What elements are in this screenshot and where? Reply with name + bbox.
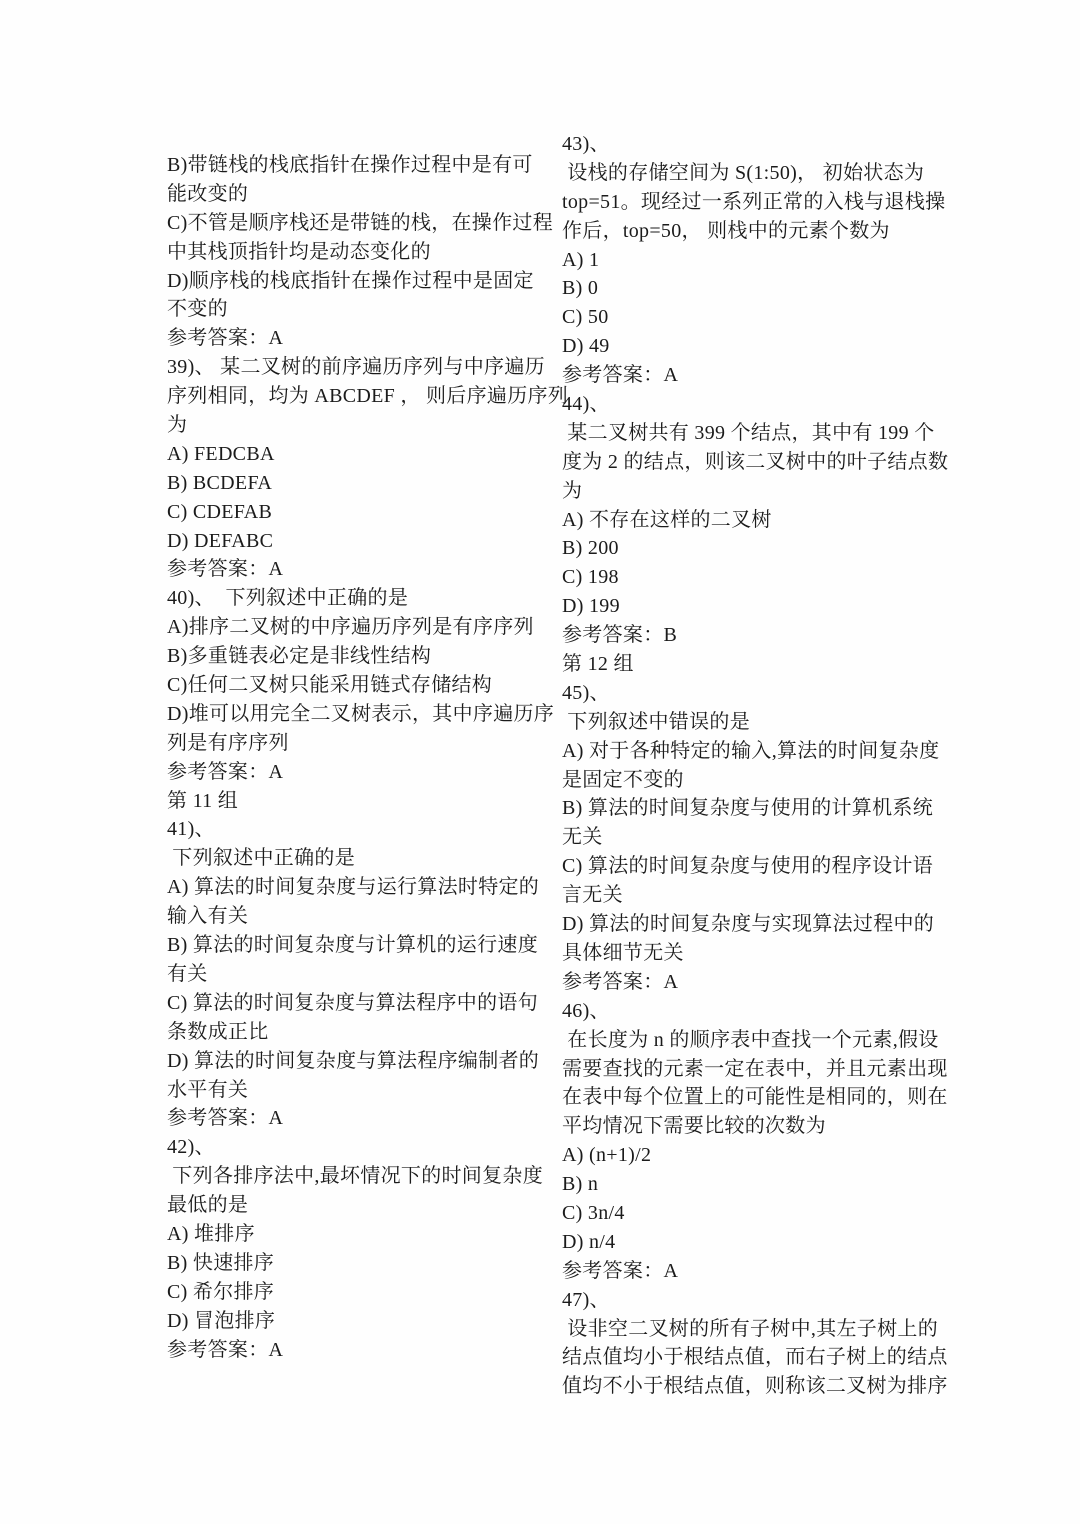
- text-line: 参考答案：A: [167, 758, 549, 787]
- text-line: D) 算法的时间复杂度与算法程序编制者的: [167, 1047, 549, 1076]
- text-line: 参考答案：A: [562, 968, 950, 997]
- text-line: 能改变的: [167, 180, 549, 209]
- text-line: A) 堆排序: [167, 1220, 549, 1249]
- text-line: 值均不小于根结点值，则称该二叉树为排序: [562, 1372, 950, 1401]
- text-line: 需要查找的元素一定在表中，并且元素出现: [562, 1055, 950, 1084]
- text-line: 序列相同，均为 ABCDEF ， 则后序遍历序列: [167, 382, 549, 411]
- text-line: 45)、: [562, 679, 950, 708]
- text-line: C) 算法的时间复杂度与使用的程序设计语: [562, 852, 950, 881]
- text-line: 无关: [562, 823, 950, 852]
- text-line: 度为 2 的结点，则该二叉树中的叶子结点数: [562, 448, 950, 477]
- text-line: 参考答案：A: [167, 324, 549, 353]
- document-page: B)带链栈的栈底指针在操作过程中是有可能改变的C)不管是顺序栈还是带链的栈，在操…: [0, 0, 1080, 1524]
- text-line: B)多重链表必定是非线性结构: [167, 642, 549, 671]
- text-line: A) 算法的时间复杂度与运行算法时特定的: [167, 873, 549, 902]
- text-line: C)任何二叉树只能采用链式存储结构: [167, 671, 549, 700]
- text-line: D) 算法的时间复杂度与实现算法过程中的: [562, 910, 950, 939]
- right-text-column: 43)、 设栈的存储空间为 S(1:50)， 初始状态为top=51。现经过一系…: [562, 130, 950, 1401]
- text-line: 参考答案：A: [167, 1336, 549, 1365]
- text-line: 44)、: [562, 390, 950, 419]
- text-line: 有关: [167, 960, 549, 989]
- text-line: 为: [562, 477, 950, 506]
- text-line: 具体细节无关: [562, 939, 950, 968]
- text-line: 42)、: [167, 1133, 549, 1162]
- text-line: B) 算法的时间复杂度与计算机的运行速度: [167, 931, 549, 960]
- text-line: 中其栈顶指针均是动态变化的: [167, 238, 549, 267]
- text-line: 43)、: [562, 130, 950, 159]
- text-line: C) 希尔排序: [167, 1278, 549, 1307]
- text-line: 40)、 下列叙述中正确的是: [167, 584, 549, 613]
- text-line: D) n/4: [562, 1228, 950, 1257]
- text-line: 作后，top=50， 则栈中的元素个数为: [562, 217, 950, 246]
- text-line: A)排序二叉树的中序遍历序列是有序序列: [167, 613, 549, 642]
- text-line: A) 1: [562, 246, 950, 275]
- text-line: C) CDEFAB: [167, 498, 549, 527]
- text-line: 41)、: [167, 815, 549, 844]
- text-line: D)堆可以用完全二叉树表示，其中序遍历序: [167, 700, 549, 729]
- text-line: A) FEDCBA: [167, 440, 549, 469]
- text-line: B)带链栈的栈底指针在操作过程中是有可: [167, 151, 549, 180]
- text-line: C) 算法的时间复杂度与算法程序中的语句: [167, 989, 549, 1018]
- text-line: D) DEFABC: [167, 527, 549, 556]
- text-line: 是固定不变的: [562, 766, 950, 795]
- text-line: 某二叉树共有 399 个结点，其中有 199 个: [562, 419, 950, 448]
- text-line: 下列叙述中正确的是: [167, 844, 549, 873]
- text-line: 设栈的存储空间为 S(1:50)， 初始状态为: [562, 159, 950, 188]
- text-line: C) 3n/4: [562, 1199, 950, 1228]
- text-line: 条数成正比: [167, 1018, 549, 1047]
- text-line: D)顺序栈的栈底指针在操作过程中是固定: [167, 267, 549, 296]
- text-line: A) 不存在这样的二叉树: [562, 506, 950, 535]
- text-line: B) n: [562, 1170, 950, 1199]
- left-text-column: B)带链栈的栈底指针在操作过程中是有可能改变的C)不管是顺序栈还是带链的栈，在操…: [167, 151, 549, 1364]
- text-line: D) 49: [562, 332, 950, 361]
- text-line: 输入有关: [167, 902, 549, 931]
- text-line: B) 快速排序: [167, 1249, 549, 1278]
- text-line: C) 50: [562, 303, 950, 332]
- text-line: 在长度为 n 的顺序表中查找一个元素,假设: [562, 1026, 950, 1055]
- text-line: 言无关: [562, 881, 950, 910]
- text-line: 参考答案：A: [167, 555, 549, 584]
- text-line: 不变的: [167, 295, 549, 324]
- text-line: 在表中每个位置上的可能性是相同的，则在: [562, 1083, 950, 1112]
- text-line: 下列叙述中错误的是: [562, 708, 950, 737]
- text-line: 参考答案：A: [562, 361, 950, 390]
- text-line: D) 冒泡排序: [167, 1307, 549, 1336]
- text-line: 46)、: [562, 997, 950, 1026]
- text-line: 列是有序序列: [167, 729, 549, 758]
- text-line: 下列各排序法中,最坏情况下的时间复杂度: [167, 1162, 549, 1191]
- text-line: C)不管是顺序栈还是带链的栈，在操作过程: [167, 209, 549, 238]
- text-line: 第 11 组: [167, 787, 549, 816]
- text-line: D) 199: [562, 592, 950, 621]
- text-line: C) 198: [562, 563, 950, 592]
- text-line: 39)、 某二叉树的前序遍历序列与中序遍历: [167, 353, 549, 382]
- text-line: B) BCDEFA: [167, 469, 549, 498]
- text-line: 47)、: [562, 1286, 950, 1315]
- text-line: 最低的是: [167, 1191, 549, 1220]
- text-line: B) 0: [562, 274, 950, 303]
- text-line: B) 算法的时间复杂度与使用的计算机系统: [562, 794, 950, 823]
- text-line: A) (n+1)/2: [562, 1141, 950, 1170]
- text-line: 设非空二叉树的所有子树中,其左子树上的: [562, 1315, 950, 1344]
- text-line: 参考答案：B: [562, 621, 950, 650]
- text-line: 为: [167, 411, 549, 440]
- text-line: 参考答案：A: [167, 1104, 549, 1133]
- text-line: 第 12 组: [562, 650, 950, 679]
- text-line: A) 对于各种特定的输入,算法的时间复杂度: [562, 737, 950, 766]
- text-line: 水平有关: [167, 1076, 549, 1105]
- text-line: 平均情况下需要比较的次数为: [562, 1112, 950, 1141]
- text-line: 结点值均小于根结点值，而右子树上的结点: [562, 1343, 950, 1372]
- text-line: 参考答案：A: [562, 1257, 950, 1286]
- text-line: B) 200: [562, 534, 950, 563]
- text-line: top=51。现经过一系列正常的入栈与退栈操: [562, 188, 950, 217]
